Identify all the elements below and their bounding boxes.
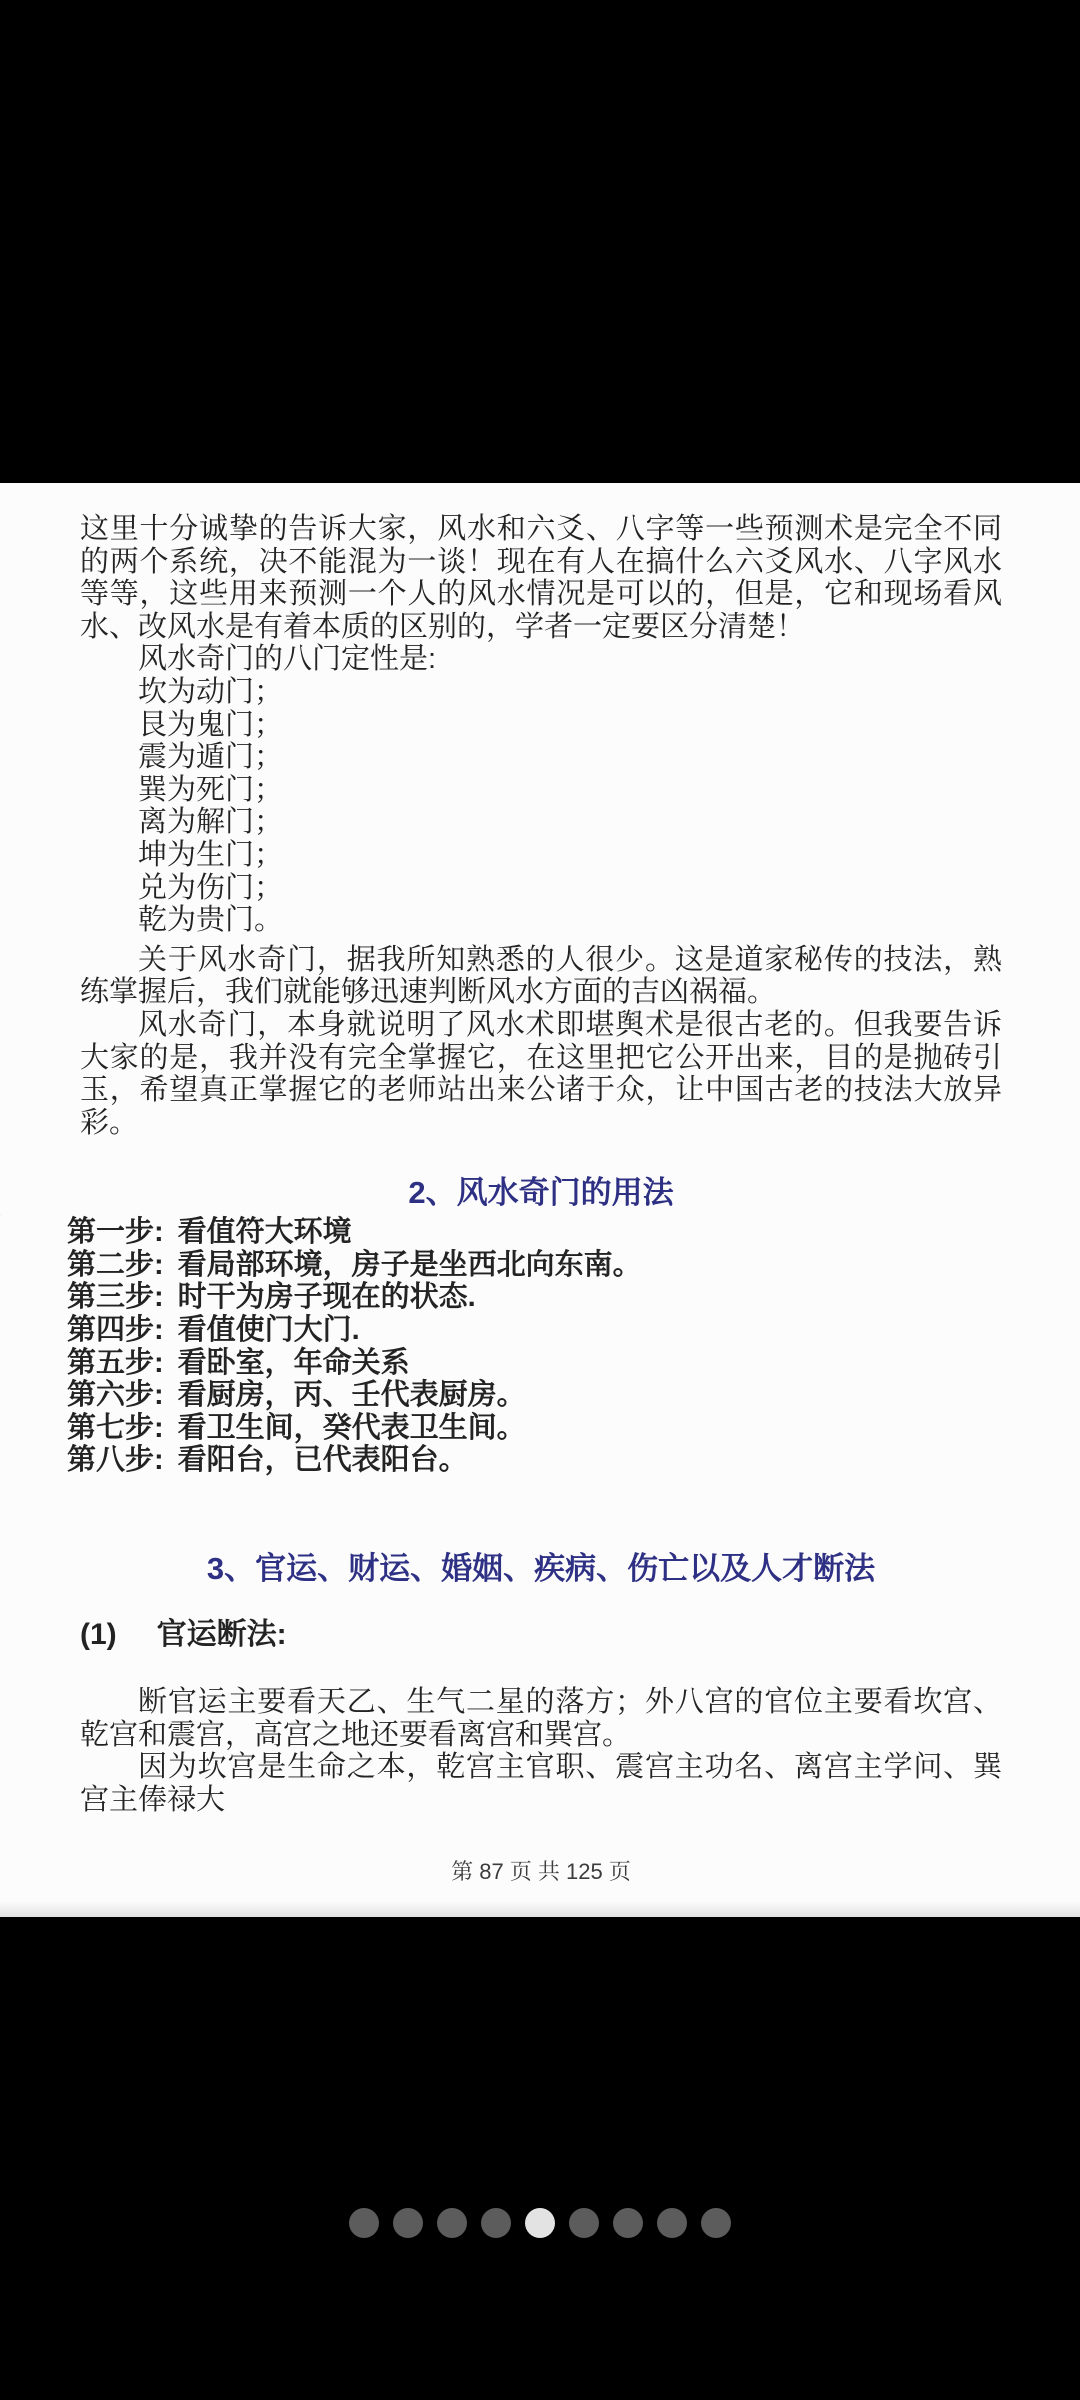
paragraph-guan-2: 因为坎宫是生命之本，乾宫主官职、震宫主功名、离宫主学问、巽宫主俸禄大 bbox=[80, 1751, 1002, 1816]
page-dot[interactable] bbox=[657, 2208, 687, 2238]
step-item: 第六步:看厨房，丙、壬代表厨房。 bbox=[67, 1379, 1002, 1412]
paragraph-history: 风水奇门，本身就说明了风水术即堪舆术是很古老的。但我要告诉大家的是，我并没有完全… bbox=[80, 1009, 1002, 1139]
page-dot[interactable] bbox=[349, 2208, 379, 2238]
page-dot[interactable] bbox=[393, 2208, 423, 2238]
step-label: 第四步: bbox=[67, 1314, 164, 1346]
step-text: 看厨房，丙、壬代表厨房。 bbox=[178, 1379, 526, 1411]
paragraph-about: 关于风水奇门，据我所知熟悉的人很少。这是道家秘传的技法，熟练掌握后，我们就能够迅… bbox=[80, 944, 1002, 1009]
step-label: 第一步: bbox=[67, 1216, 164, 1248]
page-dot[interactable] bbox=[437, 2208, 467, 2238]
step-text: 时干为房子现在的状态. bbox=[178, 1281, 476, 1313]
gate-item: 离为解门； bbox=[80, 806, 1002, 839]
gate-item: 乾为贵门。 bbox=[80, 904, 1002, 937]
gate-item: 巽为死门； bbox=[80, 774, 1002, 807]
document-page[interactable]: 这里十分诚挚的告诉大家，风水和六爻、八字等一些预测术是完全不同的两个系统，决不能… bbox=[0, 483, 1080, 1917]
step-label: 第二步: bbox=[67, 1249, 164, 1281]
step-item: 第八步:看阳台，已代表阳台。 bbox=[67, 1444, 1002, 1477]
page-content: 这里十分诚挚的告诉大家，风水和六爻、八字等一些预测术是完全不同的两个系统，决不能… bbox=[0, 483, 1080, 1889]
step-text: 看值符大环境 bbox=[178, 1216, 352, 1248]
page-dots bbox=[0, 2208, 1080, 2238]
page-dot[interactable] bbox=[569, 2208, 599, 2238]
step-label: 第七步: bbox=[67, 1412, 164, 1444]
gate-item: 坤为生门； bbox=[80, 839, 1002, 872]
steps-list: 第一步:看值符大环境第二步:看局部环境，房子是坐西北向东南。第三步:时干为房子现… bbox=[67, 1216, 1002, 1477]
paragraph-intro: 这里十分诚挚的告诉大家，风水和六爻、八字等一些预测术是完全不同的两个系统，决不能… bbox=[80, 513, 1002, 643]
paragraph-guan-1: 断官运主要看天乙、生气二星的落方；外八宫的官位主要看坎宫、乾宫和震宫，高宫之地还… bbox=[80, 1686, 1002, 1751]
step-label: 第六步: bbox=[67, 1379, 164, 1411]
gate-item: 震为遁门； bbox=[80, 741, 1002, 774]
reader-screen: 这里十分诚挚的告诉大家，风水和六爻、八字等一些预测术是完全不同的两个系统，决不能… bbox=[0, 0, 1080, 2400]
gates-intro: 风水奇门的八门定性是: bbox=[80, 643, 1002, 676]
step-label: 第五步: bbox=[67, 1347, 164, 1379]
step-item: 第七步:看卫生间，癸代表卫生间。 bbox=[67, 1412, 1002, 1445]
sub-section-title: (1)官运断法: bbox=[80, 1617, 1002, 1653]
step-text: 看卫生间，癸代表卫生间。 bbox=[178, 1412, 526, 1444]
page-number: 第 87 页 共 125 页 bbox=[80, 1856, 1002, 1889]
section-heading-usage: 2、风水奇门的用法 bbox=[80, 1173, 1002, 1213]
step-item: 第三步:时干为房子现在的状态. bbox=[67, 1281, 1002, 1314]
gate-item: 艮为鬼门； bbox=[80, 709, 1002, 742]
step-text: 看阳台，已代表阳台。 bbox=[178, 1444, 468, 1476]
gate-item: 坎为动门； bbox=[80, 676, 1002, 709]
step-item: 第二步:看局部环境，房子是坐西北向东南。 bbox=[67, 1249, 1002, 1282]
page-dot[interactable] bbox=[481, 2208, 511, 2238]
eight-gates-list: 风水奇门的八门定性是: 坎为动门；艮为鬼门；震为遁门；巽为死门；离为解门；坤为生… bbox=[80, 643, 1002, 936]
step-text: 看卧室，年命关系 bbox=[178, 1347, 410, 1379]
page-dot[interactable] bbox=[701, 2208, 731, 2238]
step-text: 看局部环境，房子是坐西北向东南。 bbox=[178, 1249, 642, 1281]
page-dot-active[interactable] bbox=[525, 2208, 555, 2238]
step-item: 第五步:看卧室，年命关系 bbox=[67, 1347, 1002, 1380]
section-heading-fortune: 3、官运、财运、婚姻、疾病、伤亡以及人才断法 bbox=[80, 1549, 1002, 1589]
step-item: 第一步:看值符大环境 bbox=[67, 1216, 1002, 1249]
step-label: 第八步: bbox=[67, 1444, 164, 1476]
page-dot[interactable] bbox=[613, 2208, 643, 2238]
sub-section-text: 官运断法: bbox=[157, 1618, 287, 1651]
step-item: 第四步:看值使门大门. bbox=[67, 1314, 1002, 1347]
gate-item: 兑为伤门； bbox=[80, 872, 1002, 905]
sub-section-number: (1) bbox=[80, 1618, 117, 1651]
step-text: 看值使门大门. bbox=[178, 1314, 360, 1346]
step-label: 第三步: bbox=[67, 1281, 164, 1313]
